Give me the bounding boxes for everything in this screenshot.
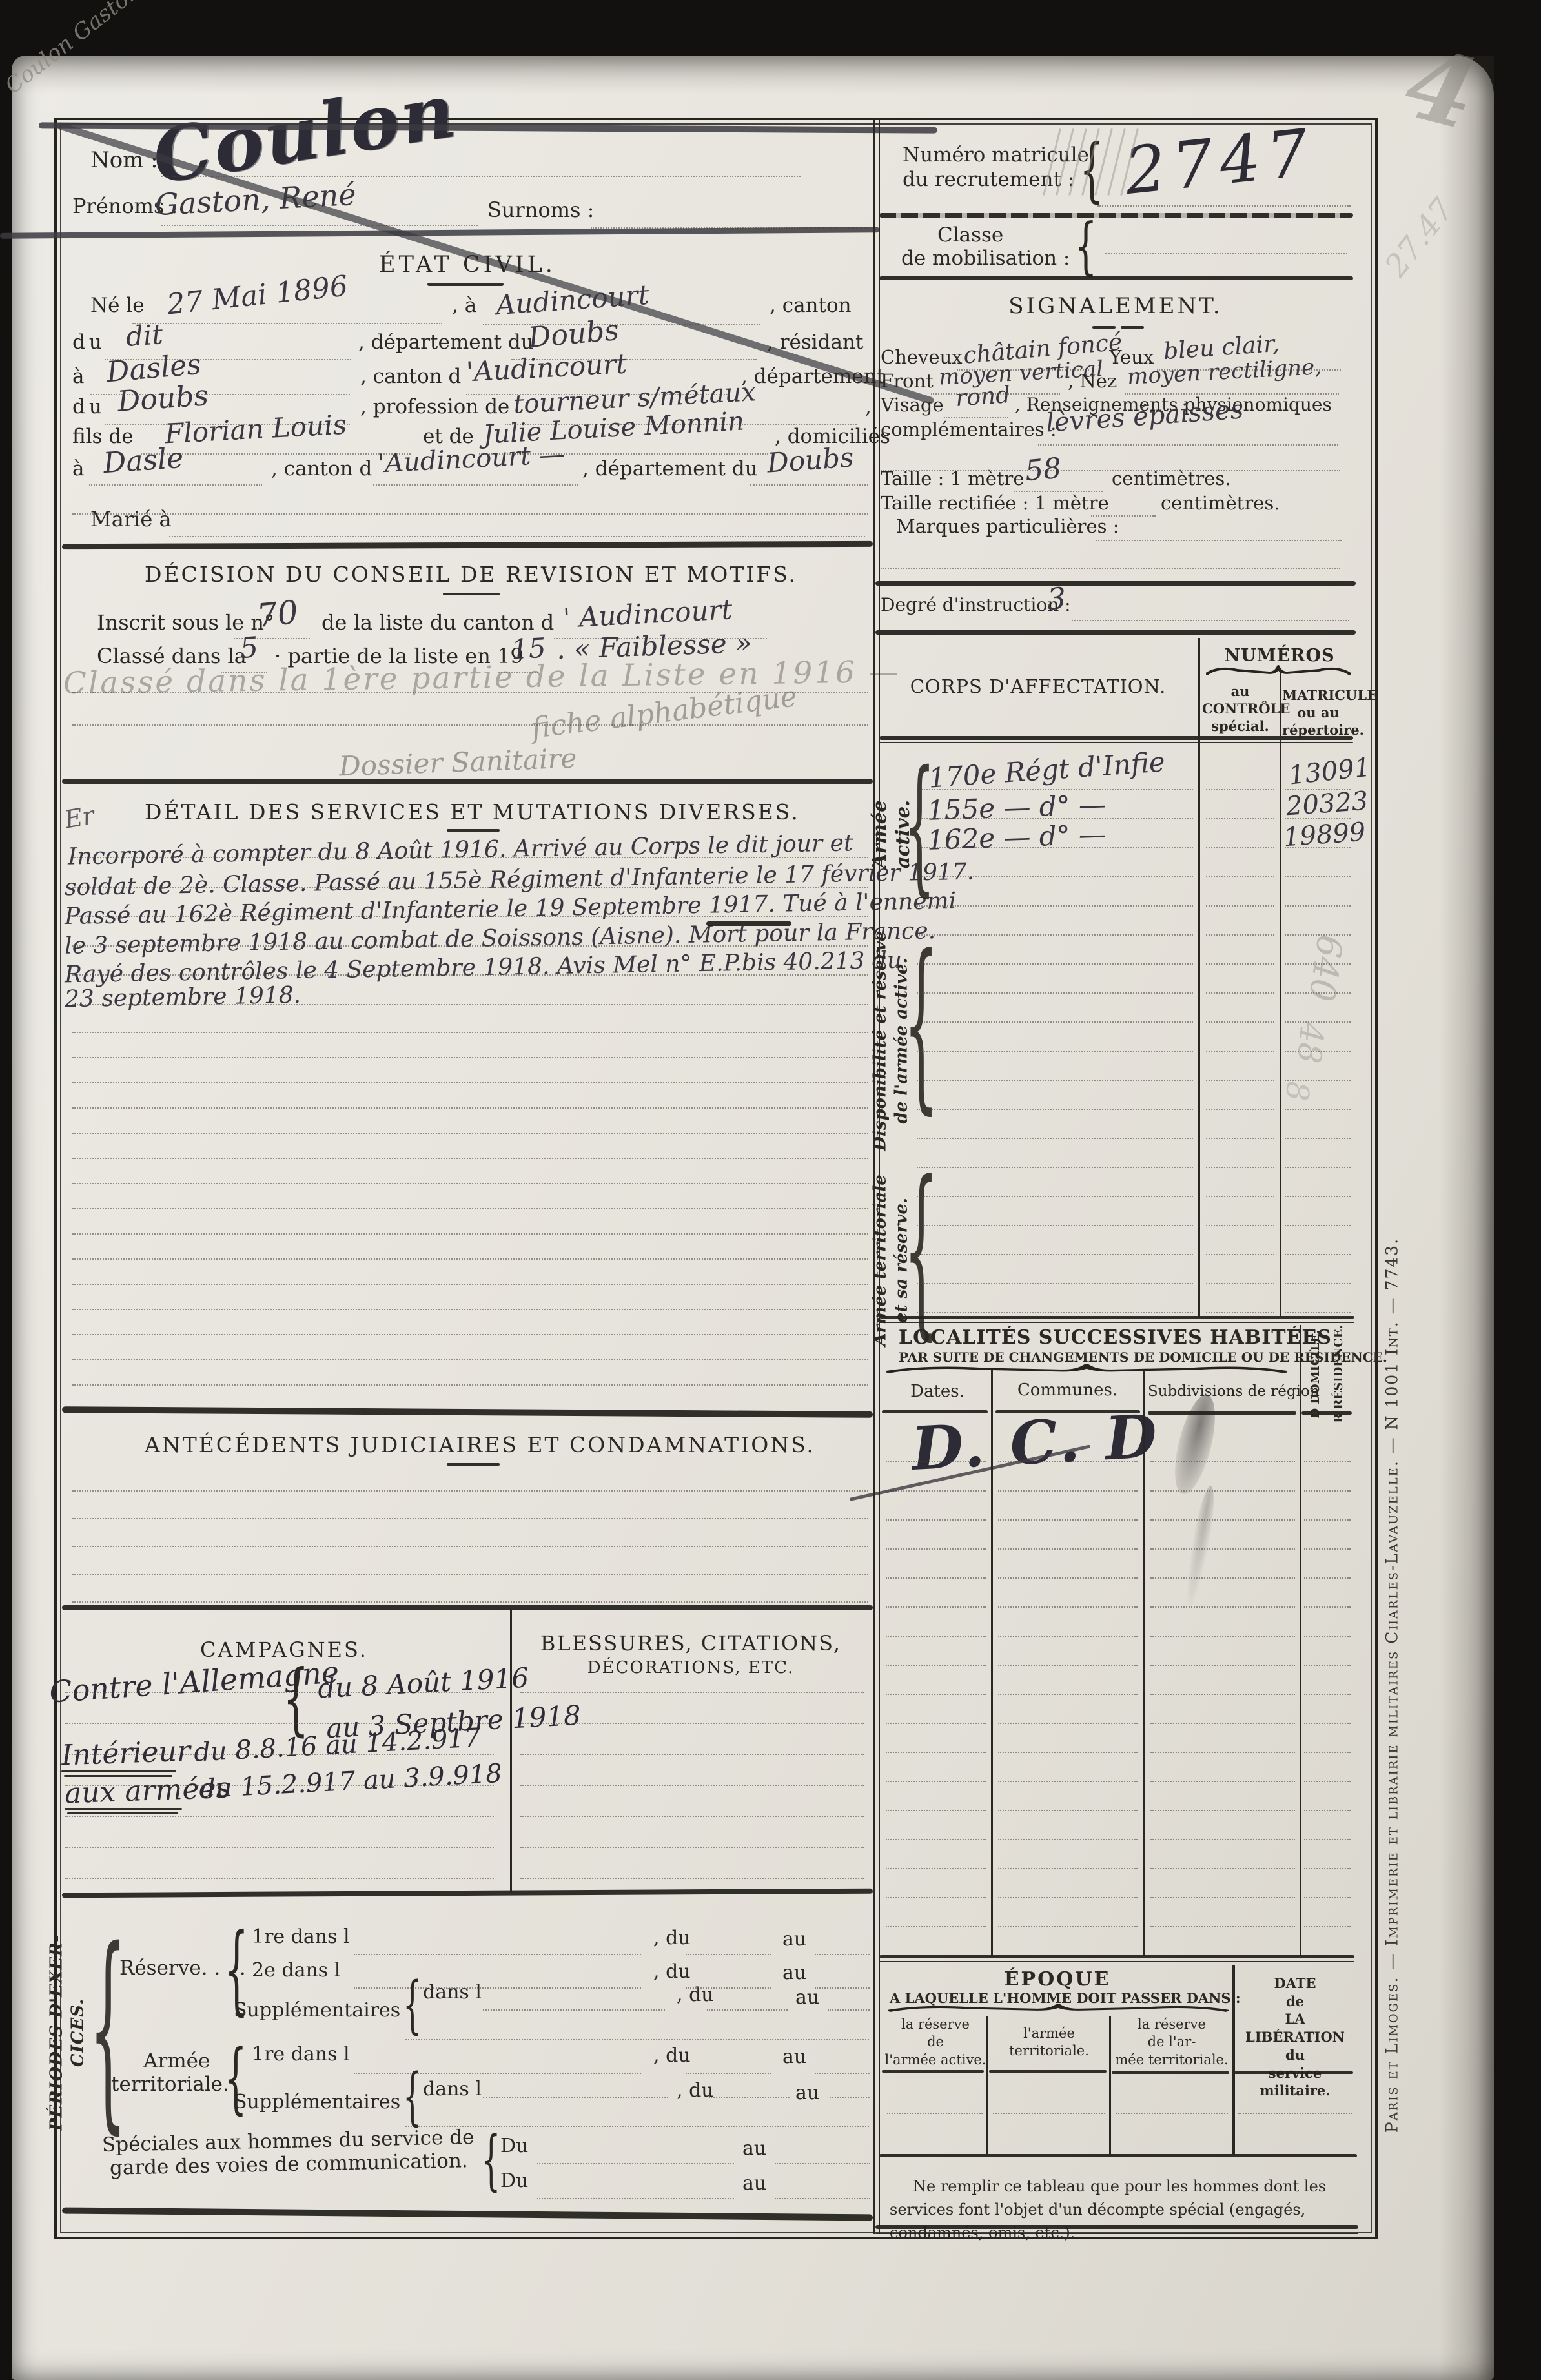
ruled-line bbox=[775, 2163, 870, 2164]
residant-label: , résidant bbox=[767, 331, 863, 354]
ruled-line bbox=[1304, 1868, 1351, 1869]
inscrit-numero: 70 bbox=[255, 593, 300, 635]
ruled-line bbox=[886, 1781, 986, 1782]
ruled-line bbox=[815, 1987, 870, 1989]
ruled-line bbox=[998, 1868, 1138, 1869]
speciales-brace: { bbox=[482, 2127, 500, 2192]
ruled-line bbox=[881, 568, 1340, 569]
heavy-rule bbox=[879, 213, 1353, 218]
ruled-line bbox=[1285, 905, 1351, 907]
ruled-line bbox=[65, 1754, 494, 1755]
speciales-du-1: Du bbox=[500, 2135, 528, 2157]
speciales-au-1: au bbox=[742, 2137, 766, 2160]
ruled-line bbox=[1238, 2113, 1352, 2114]
du2-label: du bbox=[72, 395, 106, 418]
ruled-line bbox=[1206, 1021, 1274, 1023]
ruled-line bbox=[957, 369, 1089, 371]
ruled-line bbox=[65, 1878, 494, 1879]
ruled-line bbox=[1206, 1051, 1274, 1052]
ruled-line bbox=[1150, 1897, 1295, 1898]
localites-swash bbox=[886, 1364, 1287, 1374]
table-divider bbox=[1198, 638, 1200, 1317]
ruled-line bbox=[72, 887, 868, 888]
ruled-line bbox=[234, 638, 310, 639]
ruled-line bbox=[141, 453, 411, 455]
ruled-line bbox=[886, 1897, 986, 1898]
domicile-dep: Doubs bbox=[766, 441, 855, 478]
ruled-line bbox=[537, 2198, 734, 2199]
scan-shadow-top bbox=[12, 56, 1494, 94]
ruled-line bbox=[1150, 1461, 1295, 1462]
ruled-line bbox=[1304, 1839, 1351, 1840]
reserve-r1-du: , du bbox=[653, 1927, 691, 1949]
heavy-rule bbox=[1112, 2071, 1229, 2074]
antecedents-title: ANTÉCÉDENTS JUDICIAIRES ET CONDAMNATIONS… bbox=[145, 1432, 790, 1457]
ruled-line bbox=[1285, 1167, 1351, 1168]
heavy-rule bbox=[879, 2154, 1357, 2157]
heavy-rule bbox=[61, 1770, 176, 1772]
ruled-line bbox=[917, 876, 1193, 877]
ruled-line bbox=[520, 1816, 864, 1817]
ruled-line bbox=[1285, 1109, 1351, 1110]
ruled-line bbox=[72, 692, 868, 693]
ruled-line bbox=[1091, 515, 1156, 517]
ruled-line bbox=[1285, 992, 1351, 994]
table-divider bbox=[986, 2016, 988, 2155]
ruled-line bbox=[998, 1694, 1138, 1695]
ruled-line bbox=[886, 1606, 986, 1608]
ruled-line bbox=[1304, 1519, 1351, 1521]
heavy-rule bbox=[427, 283, 504, 286]
heavy-rule bbox=[875, 2225, 1358, 2229]
ruled-line bbox=[520, 1754, 864, 1755]
ruled-line bbox=[686, 1954, 771, 1955]
heavy-rule bbox=[879, 1955, 1354, 1958]
ruled-line bbox=[1285, 1021, 1351, 1023]
ruled-line bbox=[815, 1954, 870, 1955]
decision-title: DÉCISION DU CONSEIL DE REVISION ET MOTIF… bbox=[145, 562, 790, 587]
services-line-6: 23 septembre 1918. bbox=[65, 982, 301, 1012]
heavy-rule bbox=[995, 1410, 1140, 1413]
blessures-title-2: DÉCORATIONS, ETC. bbox=[529, 1658, 852, 1677]
ruled-line bbox=[1304, 1606, 1351, 1608]
signalement-title: SIGNALEMENT. bbox=[986, 293, 1245, 319]
heavy-rule bbox=[1092, 326, 1116, 329]
ruled-line bbox=[830, 2097, 870, 2098]
ruled-line bbox=[72, 945, 868, 947]
ruled-line bbox=[1206, 876, 1274, 877]
ruled-line bbox=[998, 1665, 1138, 1666]
classe-mobilisation-2: de mobilisation : bbox=[901, 247, 1070, 270]
ruled-line bbox=[1304, 1897, 1351, 1898]
ruled-line bbox=[520, 1692, 864, 1693]
localites-col-residence: R RÉSIDENCE. bbox=[1332, 1325, 1347, 1422]
heavy-rule bbox=[1301, 1411, 1352, 1415]
table-divider bbox=[879, 118, 880, 2234]
table-divider bbox=[1300, 1325, 1301, 1956]
ruled-line bbox=[1150, 1839, 1295, 1840]
ruled-line bbox=[1206, 789, 1274, 790]
localites-col-dates: Dates. bbox=[886, 1382, 989, 1401]
ruled-line bbox=[917, 934, 1193, 936]
ruled-line bbox=[1097, 205, 1351, 207]
ruled-line bbox=[72, 1574, 868, 1575]
ruled-line bbox=[1150, 1490, 1295, 1492]
ruled-line bbox=[998, 1519, 1138, 1521]
localites-dcd-note: D. C. D bbox=[910, 1401, 1161, 1484]
table-divider bbox=[1143, 1370, 1145, 1956]
ruled-line bbox=[405, 2126, 869, 2127]
ruled-line bbox=[520, 1723, 864, 1724]
taille2-cm: centimètres. bbox=[1161, 492, 1280, 514]
canton-d2-label: , canton d bbox=[271, 457, 372, 480]
ruled-line bbox=[72, 916, 868, 917]
ruled-line bbox=[1304, 1926, 1351, 1927]
front-label: Front bbox=[881, 370, 934, 392]
ruled-line bbox=[1304, 1665, 1351, 1666]
corps-pencil-48: 48 bbox=[1290, 1021, 1331, 1065]
ruled-line bbox=[483, 2009, 665, 2011]
table-divider bbox=[1109, 2016, 1111, 2155]
ruled-line bbox=[917, 818, 1193, 819]
ruled-line bbox=[72, 1334, 868, 1335]
ruled-line bbox=[161, 176, 801, 177]
ruled-line bbox=[89, 484, 262, 486]
heavy-rule bbox=[447, 1463, 500, 1466]
localites-title: LOCALITÉS SUCCESSIVES HABITÉES bbox=[899, 1326, 1312, 1349]
ruled-line bbox=[1150, 1577, 1295, 1579]
reserve-suppl-brace: { bbox=[403, 1973, 422, 2036]
ruled-line bbox=[998, 1839, 1138, 1840]
ruled-line bbox=[1150, 1752, 1295, 1753]
ruled-line bbox=[72, 974, 868, 976]
ruled-line bbox=[105, 424, 350, 425]
ruled-line bbox=[72, 1284, 868, 1285]
ruled-line bbox=[998, 1636, 1138, 1637]
ruled-line bbox=[1285, 1080, 1351, 1081]
ruled-line bbox=[1150, 1519, 1295, 1521]
ruled-line bbox=[483, 324, 760, 325]
ruled-line bbox=[554, 638, 767, 639]
ruled-line bbox=[132, 323, 442, 324]
classe-mobilisation-1: Classe bbox=[937, 223, 1003, 247]
ruled-line bbox=[998, 1897, 1138, 1898]
heavy-rule bbox=[879, 1322, 1354, 1323]
scan-shadow-right bbox=[1440, 56, 1494, 2380]
heavy-rule bbox=[882, 2070, 984, 2073]
ruled-line bbox=[917, 1283, 1193, 1284]
ruled-line bbox=[1304, 1694, 1351, 1695]
table-divider bbox=[1280, 669, 1281, 1317]
localites-col-communes: Communes. bbox=[998, 1380, 1137, 1400]
ruled-line bbox=[917, 1196, 1193, 1197]
heavy-rule bbox=[64, 1775, 172, 1777]
ruled-line bbox=[1304, 1577, 1351, 1579]
reserve-r2-au: au bbox=[782, 1962, 806, 1984]
dep-du-label: , département du bbox=[582, 457, 758, 480]
ruled-line bbox=[1285, 934, 1351, 936]
ruled-line bbox=[1150, 1810, 1295, 1811]
complementaires-label: complémentaires : bbox=[881, 418, 1057, 440]
services-title: DÉTAIL DES SERVICES ET MUTATIONS DIVERSE… bbox=[145, 799, 790, 825]
ruled-line bbox=[1285, 1196, 1351, 1197]
ruled-line bbox=[479, 453, 768, 455]
ruled-line bbox=[1150, 1548, 1295, 1550]
ruled-line bbox=[886, 1461, 986, 1462]
ruled-line bbox=[886, 1926, 986, 1927]
a1-label: , à bbox=[452, 294, 476, 317]
speciales-au-2: au bbox=[742, 2172, 766, 2195]
heavy-rule bbox=[882, 1410, 988, 1413]
heavy-rule bbox=[65, 1808, 182, 1810]
ruled-line bbox=[917, 1254, 1193, 1255]
ruled-line bbox=[1116, 2113, 1228, 2114]
epoque-title: ÉPOQUE bbox=[928, 1968, 1187, 1991]
ruled-line bbox=[1285, 1254, 1351, 1255]
ruled-line bbox=[998, 1723, 1138, 1724]
ruled-line bbox=[1285, 1312, 1351, 1313]
ruled-line bbox=[65, 1816, 494, 1817]
a3-label: à bbox=[72, 457, 84, 480]
ruled-line bbox=[169, 536, 865, 537]
ruled-line bbox=[72, 1546, 868, 1547]
corps-row3: 162e — d° — bbox=[926, 818, 1107, 856]
ruled-line bbox=[998, 1926, 1138, 1927]
classe-brace: { bbox=[1074, 217, 1097, 278]
ruled-line bbox=[405, 2039, 869, 2040]
ruled-line bbox=[886, 1577, 986, 1579]
reserve-r1-au: au bbox=[782, 1928, 806, 1951]
corps-affectation-header: CORPS D'AFFECTATION. bbox=[909, 675, 1167, 697]
ruled-line bbox=[998, 1810, 1138, 1811]
ruled-line bbox=[998, 1752, 1138, 1753]
heavy-rule bbox=[875, 581, 1356, 586]
ruled-line bbox=[1285, 1283, 1351, 1284]
heavy-rule bbox=[67, 1812, 178, 1814]
ruled-line bbox=[1206, 1138, 1274, 1139]
ruled-line bbox=[520, 1847, 864, 1848]
ruled-line bbox=[72, 1004, 868, 1005]
ruled-line bbox=[72, 1384, 868, 1386]
periodes-label: PÉRIODES D'EXER- CICES. bbox=[46, 1934, 88, 2131]
reserve-r1-label: 1re dans l bbox=[252, 1925, 350, 1948]
ruled-line bbox=[72, 1183, 868, 1184]
ruled-line bbox=[520, 1878, 864, 1879]
ruled-line bbox=[886, 1519, 986, 1521]
ruled-line bbox=[65, 1847, 494, 1848]
ruled-line bbox=[483, 2097, 668, 2098]
territoriale-r1-du: , du bbox=[653, 2044, 691, 2067]
ruled-line bbox=[709, 2097, 790, 2098]
ruled-line bbox=[686, 2073, 771, 2074]
territoriale-suppl-du: , du bbox=[677, 2079, 714, 2102]
corps-row2-matricule: 20323 bbox=[1285, 786, 1369, 822]
ruled-line bbox=[886, 1810, 986, 1811]
ruled-line bbox=[887, 2113, 983, 2114]
ruled-line bbox=[998, 1548, 1138, 1550]
territoriale-suppl-brace: { bbox=[403, 2065, 422, 2128]
ruled-line bbox=[498, 672, 538, 673]
epoque-col-1: la réserve de l'armée active. bbox=[884, 2016, 986, 2069]
ruled-line bbox=[886, 1839, 986, 1840]
ruled-line bbox=[65, 1692, 494, 1693]
ruled-line bbox=[750, 484, 868, 486]
ruled-line bbox=[466, 394, 730, 395]
ruled-line bbox=[917, 1167, 1193, 1168]
armee-territoriale-brace: { bbox=[904, 1157, 938, 1342]
services-margin-mark: Er bbox=[63, 801, 97, 834]
ruled-line bbox=[886, 1868, 986, 1869]
ruled-line bbox=[1206, 1109, 1274, 1110]
nez-label: , Nez bbox=[1068, 370, 1117, 392]
military-register-sheet: Coulon Gaston 4 27.47 Nom : Coulon Préno… bbox=[0, 0, 1541, 2380]
taille2-label: Taille rectifiée : 1 mètre bbox=[881, 492, 1109, 514]
ruled-line bbox=[72, 1057, 868, 1058]
ruled-line bbox=[686, 1987, 771, 1989]
heavy-rule bbox=[62, 1605, 873, 1610]
ruled-line bbox=[1206, 847, 1274, 848]
heavy-rule bbox=[443, 593, 500, 595]
blessures-title-1: BLESSURES, CITATIONS, bbox=[529, 1631, 852, 1656]
marie-label: Marié à bbox=[90, 507, 172, 531]
ruled-line bbox=[886, 1694, 986, 1695]
territoriale-r1-label: 1re dans l bbox=[252, 2043, 350, 2066]
ruled-line bbox=[1304, 1723, 1351, 1724]
ruled-line bbox=[1150, 1926, 1295, 1927]
ruled-line bbox=[1285, 818, 1351, 819]
ruled-line bbox=[1150, 1636, 1295, 1637]
ruled-line bbox=[1285, 789, 1351, 790]
ruled-line bbox=[1125, 393, 1339, 395]
ruled-line bbox=[886, 1723, 986, 1724]
ruled-line bbox=[993, 2113, 1105, 2114]
fils-de-label: fils de bbox=[72, 425, 134, 448]
ruled-line bbox=[707, 2009, 788, 2011]
ruled-line bbox=[1285, 1225, 1351, 1226]
ruled-line bbox=[917, 1225, 1193, 1226]
ruled-line bbox=[917, 847, 1193, 848]
canton1-label: , canton bbox=[770, 294, 852, 317]
ruled-line bbox=[520, 1785, 864, 1786]
a2-label: à bbox=[72, 365, 84, 388]
ruled-line bbox=[1150, 1723, 1295, 1724]
matricule-col-header: MATRICULE ou au répertoire. bbox=[1282, 687, 1354, 739]
ruled-line bbox=[917, 1021, 1193, 1023]
ruled-line bbox=[1072, 620, 1349, 621]
controle-col-header: au CONTRÔLE spécial. bbox=[1202, 683, 1278, 735]
heavy-rule bbox=[989, 2070, 1107, 2073]
disponibilite-brace: { bbox=[904, 931, 938, 1116]
ruled-line bbox=[917, 789, 1193, 790]
ruled-line bbox=[1206, 1254, 1274, 1255]
ruled-line bbox=[1096, 540, 1342, 541]
ruled-line bbox=[917, 1312, 1193, 1313]
ruled-line bbox=[917, 1051, 1193, 1052]
ruled-line bbox=[72, 1258, 868, 1260]
ruled-line bbox=[72, 1107, 868, 1109]
departement-label: , département bbox=[741, 365, 884, 388]
ruled-line bbox=[354, 1987, 641, 1989]
epoque-col-2: l'armée territoriale. bbox=[990, 2025, 1108, 2060]
localites-col-subdiv: Subdivisions de région bbox=[1148, 1383, 1296, 1400]
ne-le-label: Né le bbox=[90, 294, 145, 317]
numeros-swash bbox=[1206, 665, 1351, 675]
ruled-line bbox=[1304, 1490, 1351, 1492]
ruled-line bbox=[591, 227, 867, 229]
heavy-rule bbox=[1234, 2071, 1353, 2074]
ruled-line bbox=[354, 1954, 641, 1955]
ruled-line bbox=[815, 2073, 870, 2074]
residence-dep: Doubs bbox=[116, 379, 209, 418]
ruled-line bbox=[72, 1133, 868, 1134]
ruled-line bbox=[105, 359, 351, 360]
epoque-col-3: la réserve de l'ar- mée territoriale. bbox=[1113, 2016, 1230, 2069]
corps-pencil-8: 8 bbox=[1279, 1081, 1316, 1102]
domicile-place: Dasle bbox=[102, 442, 184, 480]
printer-imprint: Paris et Limoges. — Imprimerie et librai… bbox=[1382, 1238, 1402, 2133]
ruled-line bbox=[72, 513, 868, 515]
reserve-suppl-dans: dans l bbox=[423, 1981, 482, 2004]
ruled-line bbox=[511, 359, 757, 360]
ruled-line bbox=[1285, 847, 1351, 848]
ruled-line bbox=[72, 1359, 868, 1360]
liste-label: de la liste du canton d bbox=[321, 610, 554, 635]
ruled-line bbox=[1304, 1636, 1351, 1637]
ruled-line bbox=[1206, 1167, 1274, 1168]
profession-label: , profession de bbox=[360, 395, 509, 418]
speciales-du-2: Du bbox=[500, 2170, 528, 2192]
visage-label: Visage bbox=[881, 394, 944, 416]
ruled-line bbox=[72, 1233, 868, 1235]
ruled-line bbox=[1206, 1196, 1274, 1197]
ruled-line bbox=[886, 1752, 986, 1753]
ruled-line bbox=[1206, 1225, 1274, 1226]
reserve-r2-label: 2e dans l bbox=[252, 1959, 340, 1982]
ruled-line bbox=[931, 393, 1060, 395]
ruled-line bbox=[886, 1490, 986, 1492]
numeros-header: NUMÉROS bbox=[1202, 646, 1357, 666]
heavy-rule bbox=[879, 736, 1353, 740]
ruled-line bbox=[917, 963, 1193, 965]
reserve-suppl-au: au bbox=[795, 1986, 819, 2009]
surnoms-label: Surnoms : bbox=[487, 198, 594, 222]
ruled-line bbox=[1285, 1051, 1351, 1052]
ruled-line bbox=[998, 1606, 1138, 1608]
ruled-line bbox=[917, 1080, 1193, 1081]
heavy-rule bbox=[1121, 326, 1144, 329]
ruled-line bbox=[1206, 1080, 1274, 1081]
ruled-line bbox=[90, 394, 350, 395]
ruled-line bbox=[1014, 491, 1103, 492]
heavy-rule bbox=[875, 630, 1356, 635]
ruled-line bbox=[1304, 1548, 1351, 1550]
heavy-rule bbox=[706, 921, 791, 926]
territoriale-r1-au: au bbox=[782, 2046, 806, 2068]
ruled-line bbox=[1285, 1138, 1351, 1139]
heavy-rule bbox=[879, 742, 1353, 743]
canton-d1-label: , canton d bbox=[360, 365, 461, 388]
ruled-line bbox=[886, 1665, 986, 1666]
ruled-line bbox=[1206, 992, 1274, 994]
heavy-rule bbox=[879, 1316, 1354, 1319]
visage-value: rond bbox=[955, 382, 1012, 412]
ruled-line bbox=[354, 2073, 641, 2074]
heavy-rule bbox=[879, 1961, 1354, 1962]
heavy-rule bbox=[62, 779, 873, 784]
ruled-line bbox=[917, 1109, 1193, 1110]
ruled-line bbox=[72, 1208, 868, 1209]
ruled-line bbox=[1206, 963, 1274, 965]
